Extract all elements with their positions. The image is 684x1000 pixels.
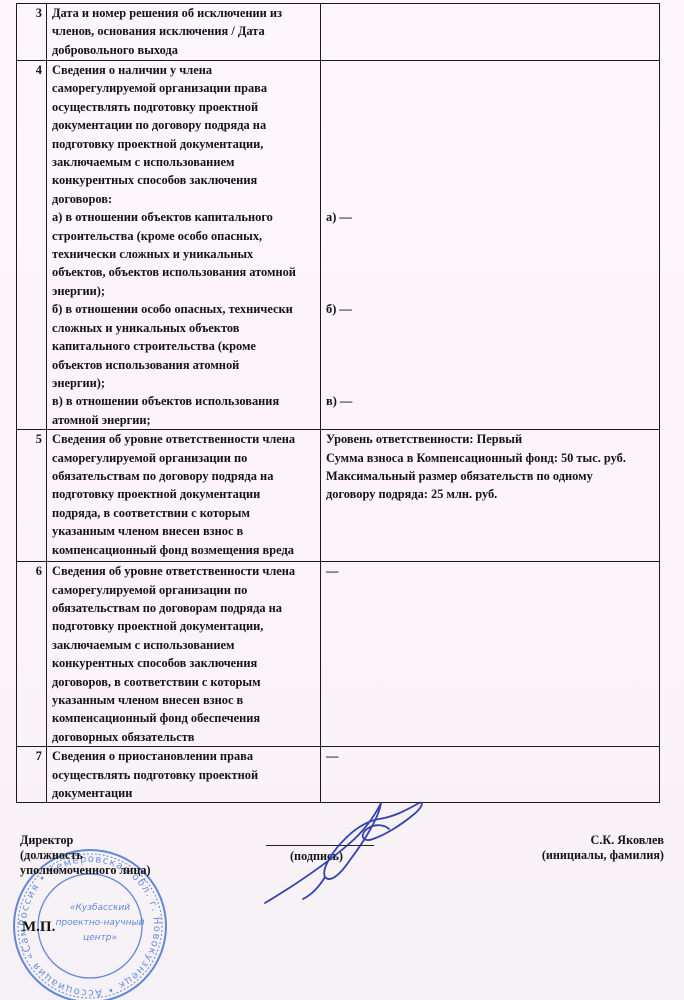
row-value	[321, 4, 660, 61]
label-line: Сведения об уровне ответственности члена	[52, 430, 316, 448]
signatory-block: С.К. Яковлев (инициалы, фамилия)	[542, 833, 664, 863]
label-line: строительства (кроме особо опасных,	[52, 227, 316, 245]
max-obligation-cont: договору подряда: 25 млн. руб.	[326, 485, 655, 503]
table-row: 4 Сведения о наличии у члена саморегулир…	[17, 61, 660, 430]
register-table: 3 Дата и номер решения об исключении из …	[16, 3, 660, 803]
label-line: капитального строительства (кроме	[52, 337, 316, 355]
svg-text:проектно-научный: проектно-научный	[56, 918, 145, 928]
row-value: —	[321, 562, 660, 747]
label-line: Сведения о наличии у члена	[52, 61, 316, 79]
label-line: заключаемым с использованием	[52, 153, 316, 171]
label-line: подряда, в соответствии с которым	[52, 504, 316, 522]
label-line: договорных обязательств	[52, 728, 316, 746]
label-line: подготовку проектной документации,	[52, 135, 316, 153]
value-c: в) —	[326, 392, 655, 410]
label-line: сложных и уникальных объектов	[52, 319, 316, 337]
table-row: 5 Сведения об уровне ответственности чле…	[17, 430, 660, 562]
position-caption-cont: уполномоченного лица)	[20, 863, 151, 878]
label-line: подготовку проектной документации,	[52, 617, 316, 635]
label-line: осуществлять подготовку проектной	[52, 98, 316, 116]
label-line: обязательствам по договору подряда на	[52, 467, 316, 485]
row-number: 3	[17, 4, 47, 61]
label-line: указанным членом внесен взнос в	[52, 522, 316, 540]
label-line: подготовку проектной документации	[52, 485, 316, 503]
label-line: в) в отношении объектов использования	[52, 392, 316, 410]
row-label: Дата и номер решения об исключении из чл…	[47, 4, 321, 61]
value-dash: —	[326, 562, 655, 580]
svg-text:центр»: центр»	[83, 933, 117, 943]
svg-text:«Кузбасский: «Кузбасский	[70, 903, 130, 913]
label-line: Сведения о приостановлении права	[52, 747, 316, 765]
value-dash: —	[326, 747, 655, 765]
label-line: Дата и номер решения об исключении из	[52, 4, 316, 22]
label-line: договоров:	[52, 190, 316, 208]
row-number: 6	[17, 562, 47, 747]
handwritten-signature-icon	[255, 795, 440, 915]
row-number: 7	[17, 747, 47, 803]
label-line: б) в отношении особо опасных, технически	[52, 300, 316, 318]
label-line: обязательствам по договорам подряда на	[52, 599, 316, 617]
position-block: Директор (должность уполномоченного лица…	[20, 833, 151, 878]
row-number: 5	[17, 430, 47, 562]
signatory-caption: (инициалы, фамилия)	[542, 848, 664, 863]
label-line: конкурентных способов заключения	[52, 654, 316, 672]
label-line: указанным членом внесен взнос в	[52, 691, 316, 709]
label-line: компенсационный фонд возмещения вреда	[52, 541, 316, 559]
row-number: 4	[17, 61, 47, 430]
label-line: конкурентных способов заключения	[52, 171, 316, 189]
label-line: а) в отношении объектов капитального	[52, 208, 316, 226]
label-line: технически сложных и уникальных	[52, 245, 316, 263]
label-line: заключаемым с использованием	[52, 636, 316, 654]
fund-contribution: Сумма взноса в Компенсационный фонд: 50 …	[326, 449, 655, 467]
label-line: добровольного выхода	[52, 41, 316, 59]
label-line: энергии);	[52, 282, 316, 300]
max-obligation: Максимальный размер обязательств по одно…	[326, 467, 655, 485]
row-value: а) — б) — в) —	[321, 61, 660, 430]
seal-label: М.П.	[22, 919, 55, 936]
label-line: объектов использования атомной	[52, 356, 316, 374]
row-label: Сведения об уровне ответственности члена…	[47, 430, 321, 562]
table-row: 3 Дата и номер решения об исключении из …	[17, 4, 660, 61]
label-line: атомной энергии;	[52, 411, 316, 429]
value-a: а) —	[326, 208, 655, 226]
liability-level: Уровень ответственности: Первый	[326, 430, 655, 448]
label-line: документации по договору подряда на	[52, 116, 316, 134]
row-label: Сведения об уровне ответственности члена…	[47, 562, 321, 747]
label-line: членов, основания исключения / Дата	[52, 22, 316, 40]
row-label: Сведения о наличии у члена саморегулируе…	[47, 61, 321, 430]
label-line: Сведения об уровне ответственности члена	[52, 562, 316, 580]
label-line: объектов, объектов использования атомной	[52, 263, 316, 281]
label-line: саморегулируемой организации по	[52, 581, 316, 599]
row-value: Уровень ответственности: Первый Сумма вз…	[321, 430, 660, 562]
label-line: саморегулируемой организации по	[52, 449, 316, 467]
label-line: осуществлять подготовку проектной	[52, 766, 316, 784]
position-title: Директор	[20, 833, 151, 848]
value-b: б) —	[326, 300, 655, 318]
table-row: 6 Сведения об уровне ответственности чле…	[17, 562, 660, 747]
signatory-name: С.К. Яковлев	[542, 833, 664, 848]
label-line: компенсационный фонд обеспечения	[52, 709, 316, 727]
label-line: договоров, в соответствии с которым	[52, 673, 316, 691]
label-line: энергии);	[52, 374, 316, 392]
position-caption: (должность	[20, 848, 151, 863]
label-line: саморегулируемой организации права	[52, 79, 316, 97]
